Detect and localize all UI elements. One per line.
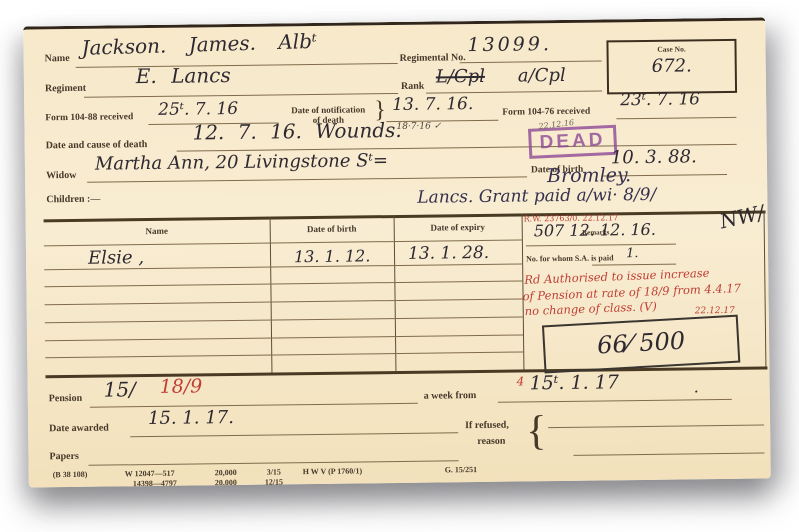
remarks-ref-value: 507 12. 12. 16. xyxy=(534,220,656,240)
widow-value: Martha Ann, 20 Livingstone Sᵗ= xyxy=(95,150,388,175)
name-value: Jackson. James. Albᵗ xyxy=(81,29,317,60)
widow-label: Widow xyxy=(46,170,77,181)
regiment-label: Regiment xyxy=(45,83,86,95)
week-from-label: a week from xyxy=(424,390,477,402)
name-label: Name xyxy=(45,53,70,64)
death-cause-label: Date and cause of death xyxy=(46,139,148,151)
table-bottom-border xyxy=(45,366,767,378)
ruled-line xyxy=(84,93,398,98)
ruled-line xyxy=(498,399,732,403)
table-divider xyxy=(394,215,397,371)
rank-label: Rank xyxy=(401,81,424,92)
brace-glyph: { xyxy=(526,407,547,455)
ruled-line xyxy=(426,90,602,93)
ruled-line xyxy=(45,351,523,358)
ruled-line xyxy=(130,432,458,437)
case-no-label: Case No. xyxy=(608,44,734,55)
form-104-76-value: 23ᵗ. 7. 16 xyxy=(620,89,700,110)
table-divider xyxy=(764,211,767,367)
remarks-box: 66⁄ 500 xyxy=(542,315,740,374)
table-divider xyxy=(270,217,273,373)
footer-code: 12/15 xyxy=(265,477,283,486)
ruled-line xyxy=(87,176,527,182)
sa-paid-label: No. for whom S.A. is paid xyxy=(526,253,614,263)
footer-code: 3/15 xyxy=(267,467,281,476)
week-from-dot: . xyxy=(694,377,699,396)
ruled-line xyxy=(45,298,523,305)
pension-record-card: Name Jackson. James. Albᵗ Regimental No.… xyxy=(23,17,771,487)
notification-note: 18·7·16 ✓ xyxy=(396,121,441,132)
table-header-dob: Date of birth xyxy=(270,223,394,235)
date-awarded-value: 15. 1. 17. xyxy=(148,407,234,429)
ruled-line xyxy=(616,117,736,119)
case-no-box: Case No. 672. xyxy=(606,39,737,95)
table-row-child-dob: 13. 1. 12. xyxy=(294,246,371,266)
regimental-no-label: Regimental No. xyxy=(400,52,466,64)
pension-label: Pension xyxy=(49,393,82,404)
reason-label: reason xyxy=(477,436,505,447)
table-header-name: Name xyxy=(44,225,270,238)
footer-code: 14398—4797 xyxy=(133,479,177,488)
children-note-2: Lancs. Grant paid a/wi· 8/9/ xyxy=(417,185,656,208)
remarks-box-value: 66⁄ 500 xyxy=(596,327,685,360)
ruled-line xyxy=(45,334,523,341)
form-104-76-label: Form 104-76 received xyxy=(502,107,590,118)
papers-label: Papers xyxy=(49,451,79,462)
form-104-88-label: Form 104-88 received xyxy=(45,112,133,123)
ruled-line xyxy=(573,453,764,456)
table-top-border xyxy=(44,210,766,222)
date-awarded-label: Date awarded xyxy=(49,423,109,435)
regimental-no-value: 13099. xyxy=(467,33,552,56)
remarks-initials: NW/ xyxy=(717,200,766,233)
ruled-line xyxy=(44,280,522,287)
ruled-line xyxy=(76,63,398,68)
ruled-line xyxy=(460,60,602,63)
sa-paid-value: 1. xyxy=(626,246,639,261)
ruled-line xyxy=(548,425,764,429)
footer-code: (B 38 108) xyxy=(53,470,88,479)
table-row-child-expiry: 13. 1. 28. xyxy=(408,243,489,264)
week-from-value: 15ᵗ. 1. 17 xyxy=(529,371,619,394)
table-header-expiry: Date of expiry xyxy=(394,221,522,233)
children-label: Children :— xyxy=(46,194,100,206)
ruled-line xyxy=(526,244,676,247)
footer-code: G. 15/251 xyxy=(445,465,478,474)
footer-code: 20,000 xyxy=(215,478,237,487)
pension-red-value: 18/9 xyxy=(159,375,202,398)
notification-value: 13. 7. 16. xyxy=(392,94,473,115)
footer-code: 20,000 xyxy=(215,468,237,477)
table-row-child-name: Elsie , xyxy=(88,247,144,269)
rank-value: a/Cpl xyxy=(518,65,566,87)
if-refused-label: If refused, xyxy=(465,420,509,432)
ruled-line xyxy=(89,460,459,466)
case-no-value: 672. xyxy=(609,55,735,78)
regiment-value: E. Lancs xyxy=(136,63,231,88)
scanned-page: Name Jackson. James. Albᵗ Regimental No.… xyxy=(0,0,799,532)
ruled-line xyxy=(90,403,418,408)
footer-code: W 12047—517 xyxy=(125,469,175,479)
children-note-1: Bromley. xyxy=(547,164,631,187)
footer-code: H W V (P 1760/1) xyxy=(303,466,363,476)
form-104-88-value: 25ᵗ. 7. 16 xyxy=(158,99,238,120)
ruled-line xyxy=(386,120,498,122)
pension-old-value: 15/ xyxy=(104,377,136,401)
death-cause-value: 12. 7. 16. Wounds. xyxy=(192,118,401,145)
week-from-red-mark: 4 xyxy=(517,374,525,388)
rank-struck-value: L/Cpl xyxy=(436,66,485,88)
ruled-line xyxy=(45,316,523,323)
ruled-line xyxy=(592,264,676,266)
